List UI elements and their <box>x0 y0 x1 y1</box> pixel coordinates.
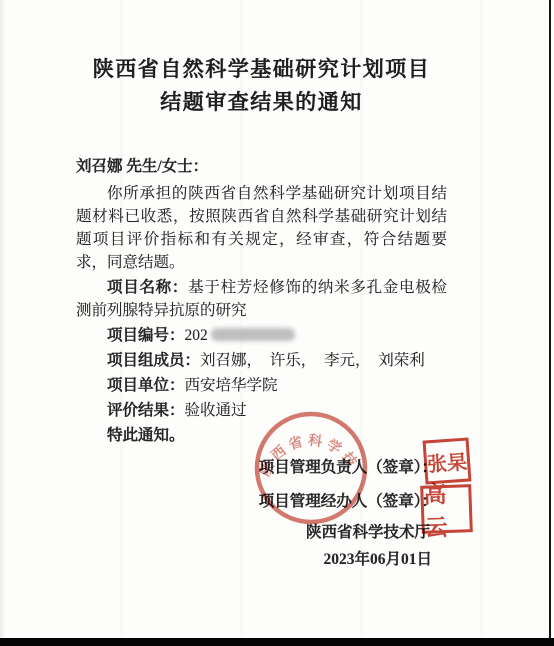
project-members-value: 刘召娜， 许乐， 李元， 刘荣利 <box>200 352 425 369</box>
redacted-project-number-smudge <box>211 328 295 341</box>
handler-name-stamp: 高云 <box>420 484 473 534</box>
evaluation-result-value: 验收通过 <box>185 402 247 419</box>
project-name-label: 项目名称： <box>107 279 188 296</box>
salutation: 刘召娜 先生/女士： <box>76 155 447 178</box>
notice-title-line-1: 陕西省自然科学基础研究计划项目 <box>76 53 447 86</box>
project-unit-value: 西安培华学院 <box>185 377 278 394</box>
scan-edge-right <box>549 0 551 646</box>
notice-title: 陕西省自然科学基础研究计划项目 结题审查结果的通知 <box>76 53 447 119</box>
evaluation-result-label: 评价结果： <box>107 402 185 419</box>
svg-text:陕西省科学技术厅: 陕西省科学技术厅 <box>251 408 363 479</box>
project-number-label: 项目编号： <box>107 327 185 344</box>
scanned-notice-document: 陕西省自然科学基础研究计划项目 结题审查结果的通知 刘召娜 先生/女士： 你所承… <box>0 0 554 646</box>
item-project-name: 项目名称：基于柱芳烃修饰的纳米多孔金电极检测前列腺特异抗原的研究 <box>76 276 447 322</box>
item-project-members: 项目组成员：刘召娜， 许乐， 李元， 刘荣利 <box>76 349 447 372</box>
project-unit-label: 项目单位： <box>107 377 185 394</box>
item-project-number: 项目编号：202 <box>76 324 447 347</box>
project-number-value: 202 <box>185 327 208 344</box>
project-members-label: 项目组成员： <box>107 352 200 369</box>
notice-title-line-2: 结题审查结果的通知 <box>76 86 447 119</box>
official-round-seal-icon: 陕西省科学技术厅 <box>251 408 371 528</box>
scan-edge-bottom <box>0 638 554 646</box>
document-body: 陕西省自然科学基础研究计划项目 结题审查结果的通知 刘召娜 先生/女士： 你所承… <box>76 53 447 447</box>
item-project-unit: 项目单位：西安培华学院 <box>76 374 447 397</box>
body-paragraph: 你所承担的陕西省自然科学基础研究计划项目结题材料已收悉，按照陕西省自然科学基础研… <box>76 182 447 274</box>
issue-date: 2023年06月01日 <box>323 547 432 569</box>
round-seal-arc-text: 陕西省科学技术厅 <box>251 408 363 479</box>
